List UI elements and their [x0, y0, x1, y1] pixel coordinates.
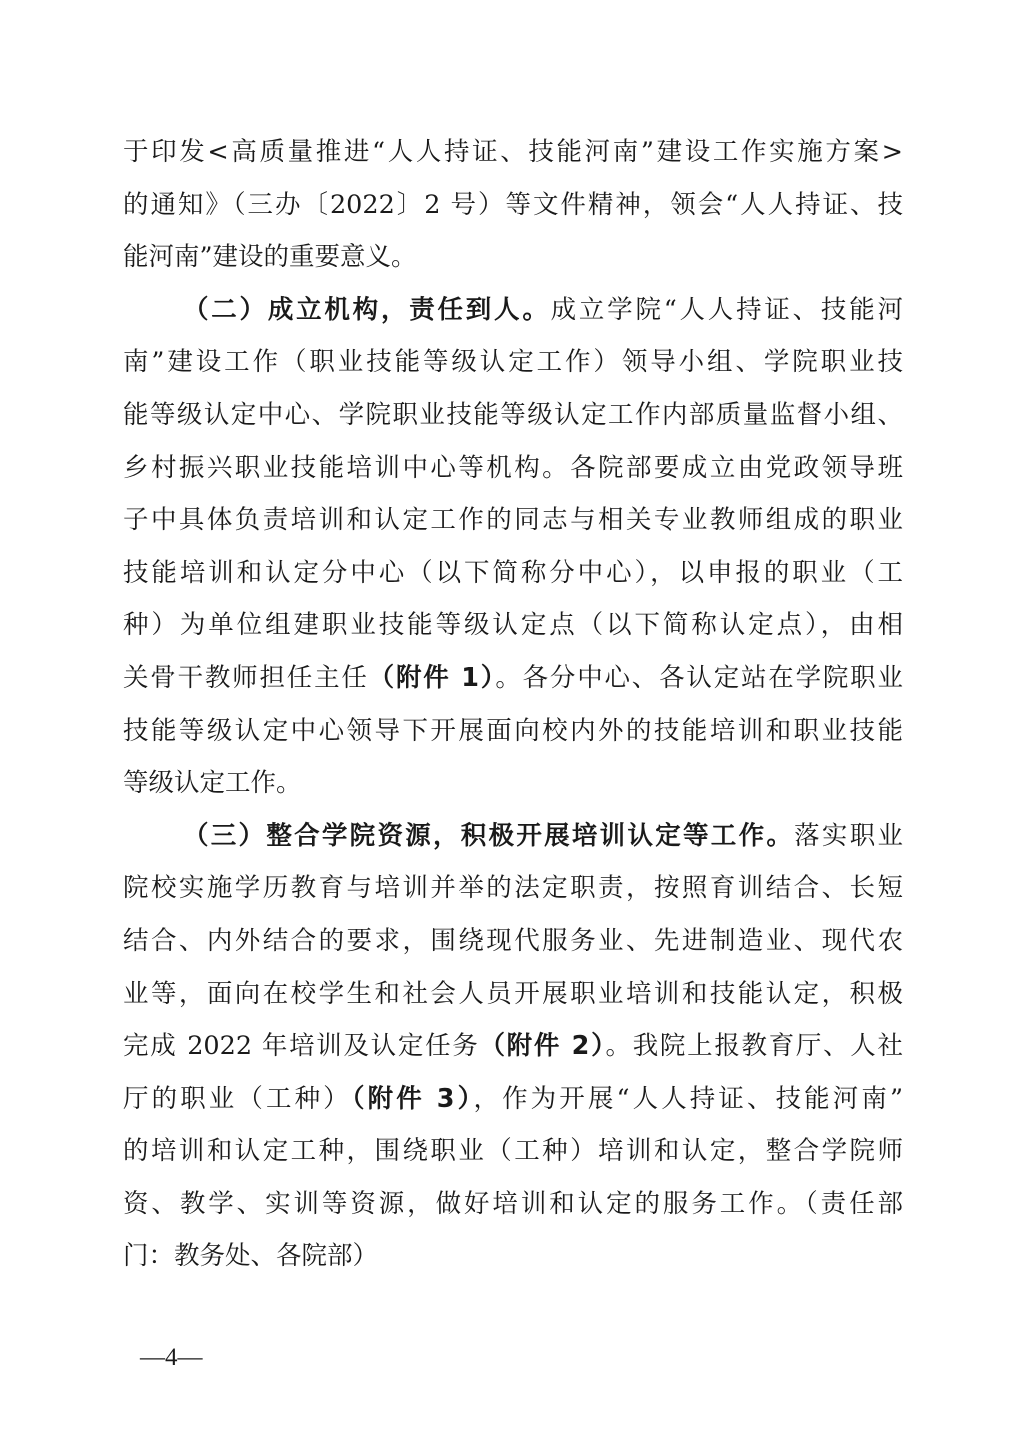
section-2-first-line: （二）成立机构，责任到人。成立学院“人人持证、技能河 [123, 284, 903, 337]
section-3-heading: （三）整合学院资源，积极开展培训认定等工作。 [183, 821, 794, 851]
paragraph-line: 技能等级认定中心领导下开展面向校内外的技能培训和职业技能 [123, 705, 903, 758]
paragraph-line: 业等，面向在校学生和社会人员开展职业培训和技能认定，积极 [123, 968, 903, 1021]
line-text: 关骨干教师担任主任 [123, 663, 369, 693]
line-text: ，作为开展“人人持证、技能河南” [473, 1084, 903, 1114]
paragraph-line: 南”建设工作（职业技能等级认定工作）领导小组、学院职业技 [123, 336, 903, 389]
paragraph-line: 子中具体负责培训和认定工作的同志与相关专业教师组成的职业 [123, 494, 903, 547]
paragraph-line: 院校实施学历教育与培训并举的法定职责，按照育训结合、长短 [123, 862, 903, 915]
paragraph-line: 门：教务处、各院部） [123, 1230, 903, 1283]
page-number: —4— [140, 1342, 203, 1374]
line-text: 厅的职业（工种） [123, 1084, 352, 1114]
section-2-heading: （二）成立机构，责任到人。 [183, 295, 551, 325]
paragraph-line: 乡村振兴职业技能培训中心等机构。各院部要成立由党政领导班 [123, 442, 903, 495]
attachment-1-reference: （附件 1） [369, 663, 496, 693]
section-3-first-line: （三）整合学院资源，积极开展培训认定等工作。落实职业 [123, 810, 903, 863]
paragraph-line: 的培训和认定工种，围绕职业（工种）培训和认定，整合学院师 [123, 1125, 903, 1178]
document-page: 于印发<高质量推进“人人持证、技能河南”建设工作实施方案> 的通知》（三办〔20… [0, 0, 1024, 1448]
paragraph-line: 种）为单位组建职业技能等级认定点（以下简称认定点），由相 [123, 599, 903, 652]
line-text: 完成 2022 年培训及认定任务 [123, 1031, 479, 1061]
attachment-3-reference: （附件 3） [352, 1084, 474, 1114]
paragraph-line: 等级认定工作。 [123, 757, 903, 810]
paragraph-line: 能河南”建设的重要意义。 [123, 231, 903, 284]
paragraph-line-with-attachment: 完成 2022 年培训及认定任务（附件 2）。我院上报教育厅、人社 [123, 1020, 903, 1073]
line-text: 。我院上报教育厅、人社 [606, 1031, 903, 1061]
paragraph-line: 于印发<高质量推进“人人持证、技能河南”建设工作实施方案> [123, 126, 903, 179]
section-3-text: 落实职业 [794, 821, 903, 851]
paragraph-line: 结合、内外结合的要求，围绕现代服务业、先进制造业、现代农 [123, 915, 903, 968]
paragraph-line: 的通知》（三办〔2022〕2 号）等文件精神，领会“人人持证、技 [123, 179, 903, 232]
attachment-2-reference: （附件 2） [479, 1031, 605, 1061]
paragraph-line-with-attachment: 关骨干教师担任主任（附件 1）。各分中心、各认定站在学院职业 [123, 652, 903, 705]
section-2-text: 成立学院“人人持证、技能河 [551, 295, 903, 325]
line-text: 。各分中心、各认定站在学院职业 [495, 663, 903, 693]
paragraph-line: 资、教学、实训等资源，做好培训和认定的服务工作。（责任部 [123, 1178, 903, 1231]
paragraph-line-with-attachment: 厅的职业（工种）（附件 3），作为开展“人人持证、技能河南” [123, 1073, 903, 1126]
paragraph-line: 技能培训和认定分中心（以下简称分中心），以申报的职业（工 [123, 547, 903, 600]
paragraph-line: 能等级认定中心、学院职业技能等级认定工作内部质量监督小组、 [123, 389, 903, 442]
document-body: 于印发<高质量推进“人人持证、技能河南”建设工作实施方案> 的通知》（三办〔20… [123, 126, 903, 1283]
